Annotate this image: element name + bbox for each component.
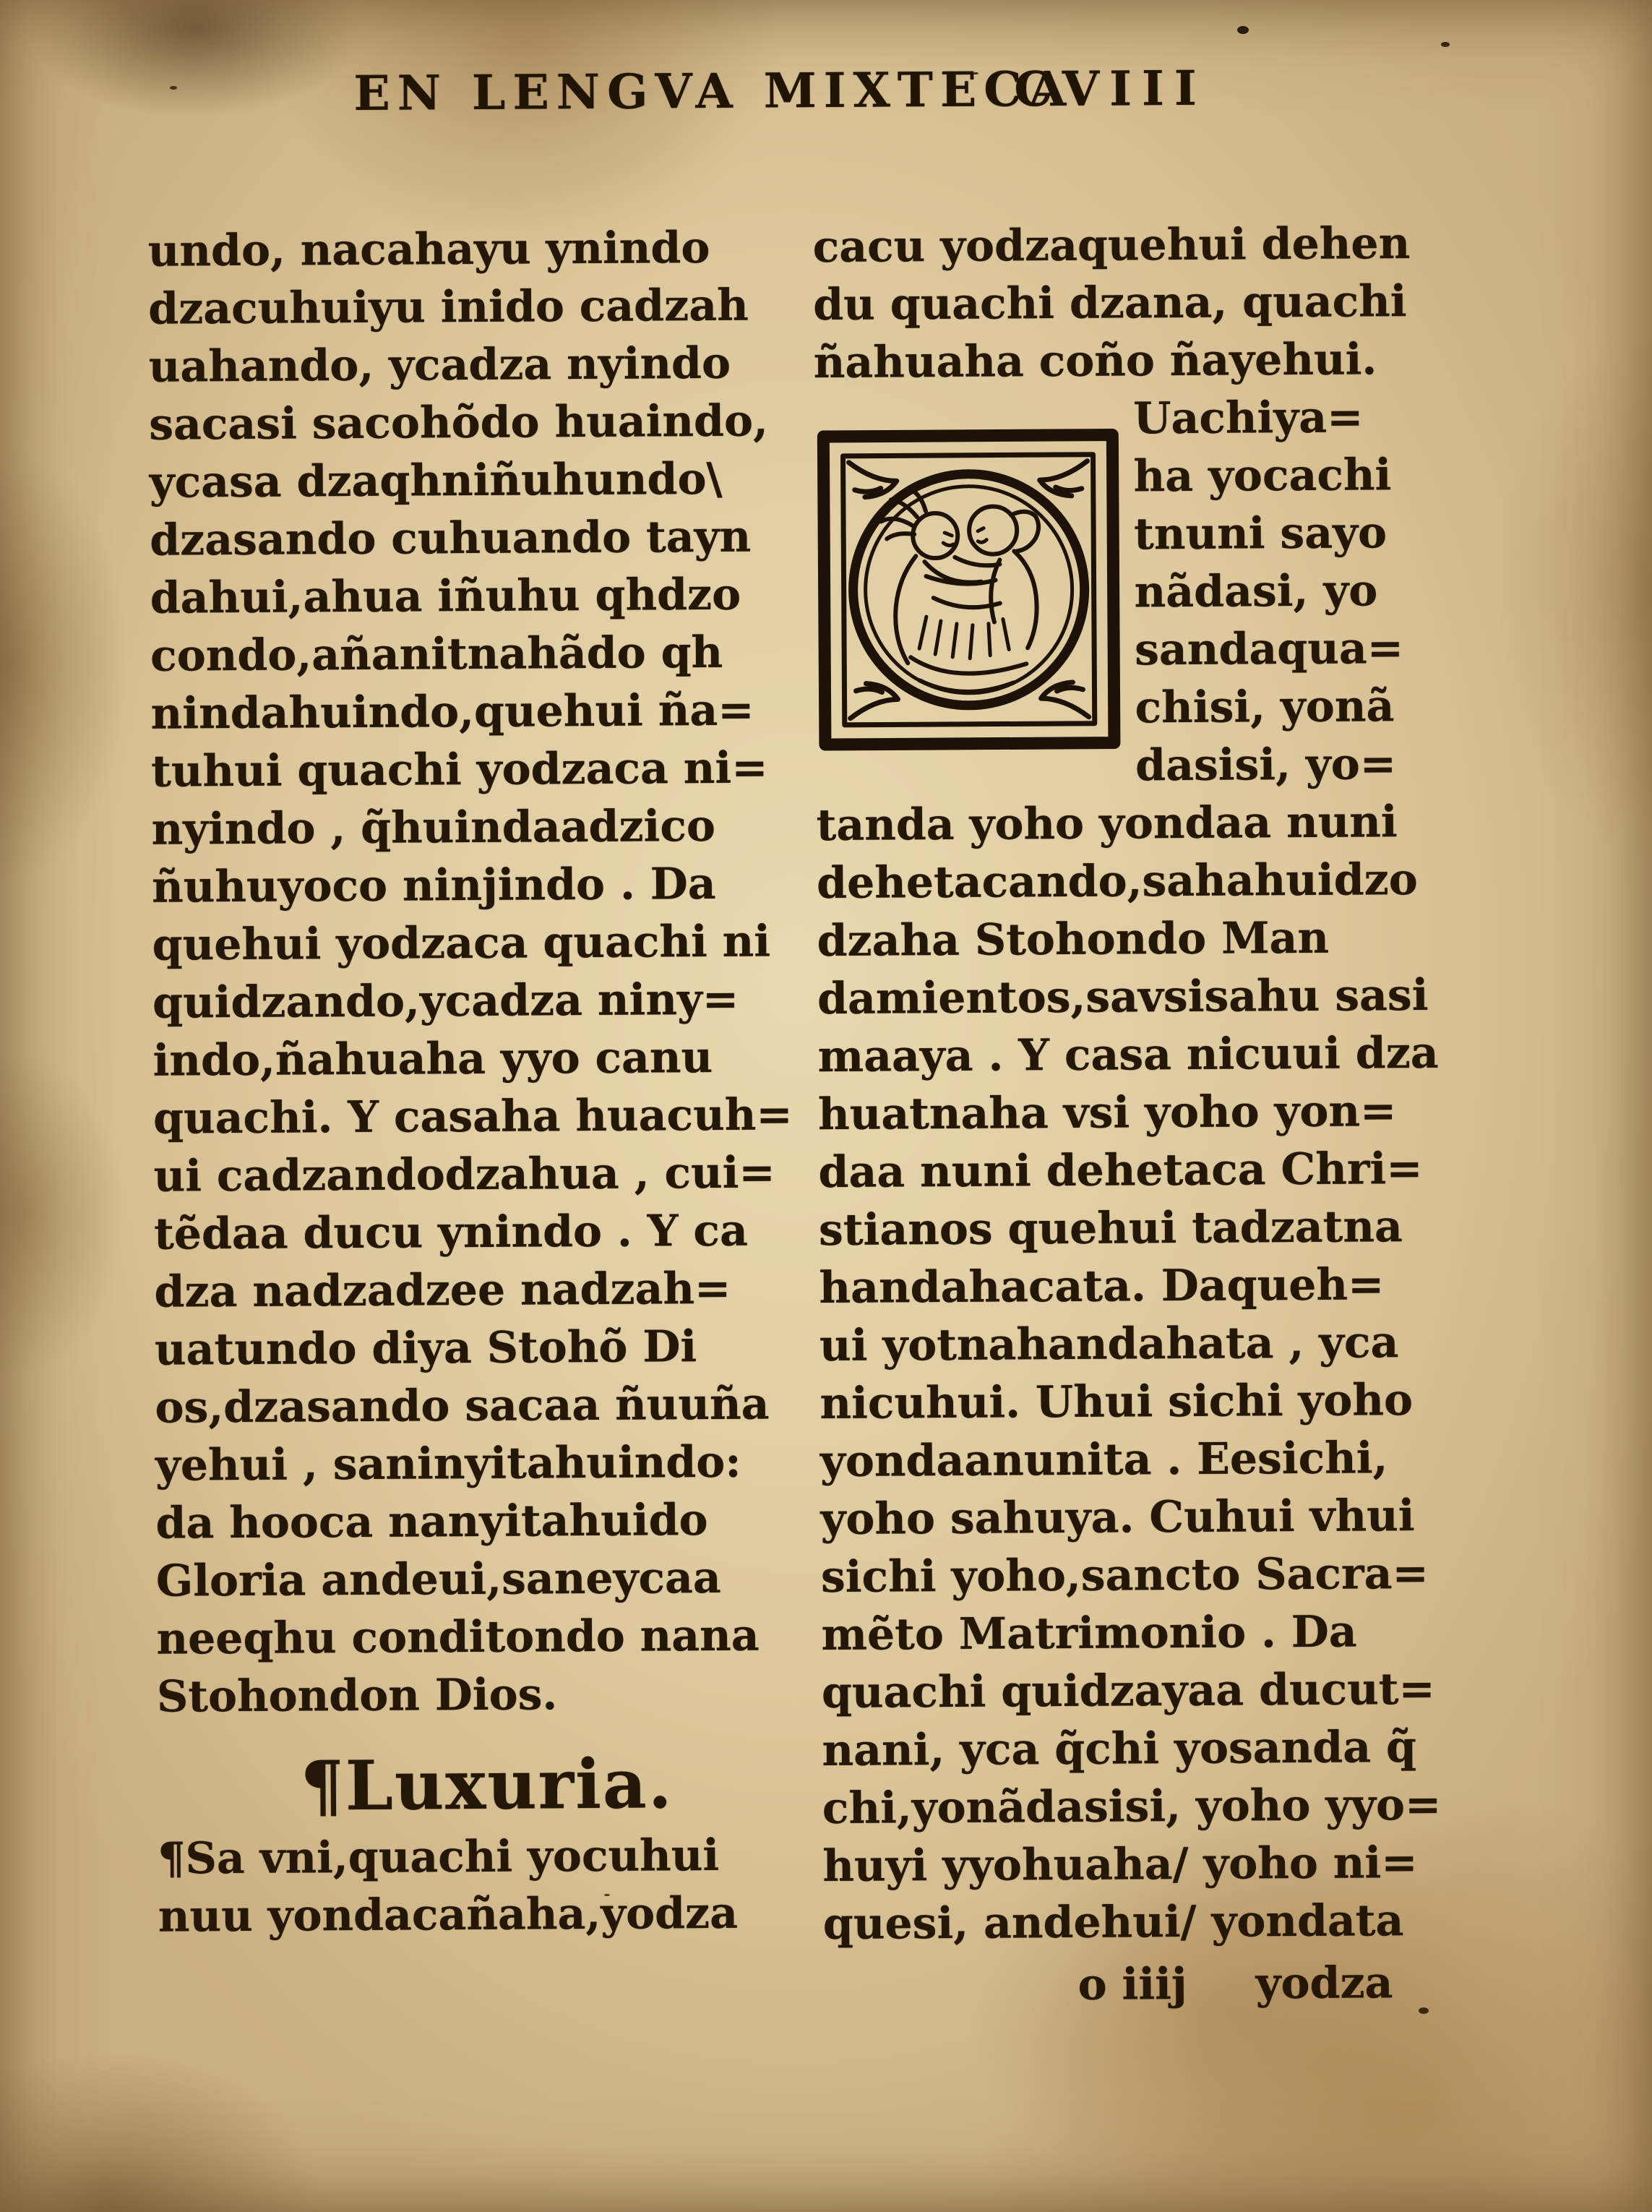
text-line: du quachi dzana, quachi	[813, 272, 1505, 334]
text-line: dzasando cuhuando tayn	[150, 507, 809, 570]
text-line: quachi. Y casaha huacuh=	[153, 1086, 812, 1148]
text-line: Gloria andeui,saneycaa	[156, 1548, 815, 1611]
text-line: cacu yodzaquehui dehen	[812, 214, 1505, 276]
text-line: chi,yonãdasisi, yoho yyo=	[822, 1775, 1515, 1838]
text-line: yondaanunita . Eesichi,	[820, 1428, 1513, 1491]
text-line: nani, yca q̃chi yosanda q̃	[822, 1718, 1514, 1780]
text-line: sichi yoho,sancto Sacra=	[821, 1544, 1513, 1606]
text-line: nuu yondacañaha,yodza	[158, 1884, 817, 1946]
text-line: sacasi sacohõdo huaindo,	[149, 392, 808, 454]
text-line: neeqhu conditondo nana	[156, 1606, 815, 1668]
text-line: dzaha Stohondo Man	[817, 908, 1509, 970]
right-column-narrow-lines: Uachiya=ha yocachitnuni sayonãdasi, yosa…	[1133, 387, 1508, 794]
section-heading-luxuria: ¶Luxuria.	[157, 1741, 817, 1830]
left-column-lines: undo, nacahayu ynindodzacuhuiyu inido ca…	[148, 218, 817, 1726]
text-line: quidzando,ycadza niny=	[152, 970, 812, 1032]
text-line: ui cadzandodzahua , cui=	[153, 1144, 812, 1206]
text-line: dza nadzadzee nadzah=	[154, 1259, 813, 1321]
text-line: quachi quidzayaa ducut=	[822, 1660, 1514, 1722]
text-line: dzacuhuiyu inido cadzah	[148, 276, 807, 338]
text-line: dahui,ahua iñuhu qhdzo	[150, 565, 809, 627]
text-line: nicuhui. Uhui sichi yoho	[819, 1371, 1512, 1433]
text-line: dasisi, yo=	[1135, 734, 1508, 794]
text-line: undo, nacahayu ynindo	[148, 218, 807, 280]
text-line: uahando, ycadza nyindo	[148, 334, 807, 396]
text-line: handahacata. Daqueh=	[819, 1255, 1511, 1317]
text-line: tnuni sayo	[1134, 503, 1507, 563]
text-line: dehetacando,sahahuidzo	[817, 850, 1509, 912]
text-line: tẽdaa ducu ynindo . Y ca	[154, 1201, 813, 1264]
text-line: tanda yoho yondaa nuni	[816, 792, 1508, 854]
signature-mark: o iiij	[1077, 1959, 1187, 2010]
folio-number: CVIII	[1014, 60, 1207, 118]
right-column-body-lines: tanda yoho yondaa nunidehetacando,sahahu…	[816, 792, 1515, 1953]
text-line: ha yocachi	[1133, 445, 1506, 505]
left-column-section-lines: ¶Sa vni,quachi yocuhuinuu yondacañaha,yo…	[158, 1826, 817, 1946]
text-line: condo,añanitnahãdo qh	[150, 623, 809, 685]
text-line: os,dzasando sacaa ñuuña	[155, 1375, 814, 1437]
text-line: nindahuindo,quehui ña=	[150, 681, 809, 743]
text-line: ycasa dzaqhniñuhundo\	[149, 450, 808, 512]
catchword: yodza	[1255, 1958, 1393, 2009]
text-line: yoho sahuya. Cuhui vhui	[820, 1486, 1513, 1548]
text-line: indo,ñahuaha yyo canu	[152, 1028, 812, 1090]
left-text-column: undo, nacahayu ynindodzacuhuiyu inido ca…	[148, 218, 818, 1946]
running-header-title: EN LENGVA MIXTECA	[353, 61, 1073, 121]
text-line: ui yotnahandahata , yca	[819, 1313, 1512, 1375]
signature-catchword-line: o iiijyodza	[823, 1949, 1516, 2020]
text-line: nãdasi, yo	[1134, 561, 1507, 621]
text-line: huyi yyohuaha/ yoho ni=	[822, 1833, 1515, 1895]
text-line: chisi, yonã	[1135, 677, 1507, 737]
text-line: maaya . Y casa nicuui dza	[817, 1024, 1510, 1086]
text-line: da hooca nanyitahuido	[155, 1491, 814, 1553]
text-line: daa nuni dehetaca Chri=	[818, 1139, 1510, 1201]
text-line: Uachiya=	[1133, 387, 1506, 447]
text-line: ¶Sa vni,quachi yocuhui	[158, 1826, 817, 1888]
text-line: ñahuaha coño ñayehui.	[813, 330, 1505, 392]
right-column-intro-lines: cacu yodzaquehui dehendu quachi dzana, q…	[812, 214, 1505, 392]
text-line: yehui , saninyitahuindo:	[155, 1433, 814, 1495]
text-line: sandaqua=	[1135, 619, 1507, 679]
right-text-column: cacu yodzaquehui dehendu quachi dzana, q…	[812, 214, 1515, 2020]
text-line: quehui yodzaca quachi ni	[152, 912, 811, 974]
text-line: nyindo , q̃huindaadzico	[151, 797, 810, 859]
page-content: EN LENGVA MIXTECA CVIII undo, nacahayu y…	[0, 0, 1652, 2212]
woodcut-embracing-couple-illustration	[817, 426, 1122, 755]
text-line: mẽto Matrimonio . Da	[821, 1602, 1513, 1664]
text-line: ñuhuyoco ninjindo . Da	[152, 854, 811, 917]
text-line: uatundo diya Stohõ Di	[155, 1317, 814, 1379]
text-line: damientos,savsisahu sasi	[817, 966, 1510, 1028]
text-line: tuhui quachi yodzaca ni=	[151, 739, 810, 801]
book-page: EN LENGVA MIXTECA CVIII undo, nacahayu y…	[0, 0, 1652, 2212]
text-line: stianos quehui tadzatna	[819, 1197, 1511, 1259]
text-line: huatnaha vsi yoho yon=	[818, 1081, 1510, 1144]
text-line: Stohondon Dios.	[157, 1664, 816, 1726]
text-line: quesi, andehui/ yondata	[823, 1891, 1515, 1953]
woodcut-row: Uachiya=ha yocachitnuni sayonãdasi, yosa…	[814, 387, 1508, 797]
